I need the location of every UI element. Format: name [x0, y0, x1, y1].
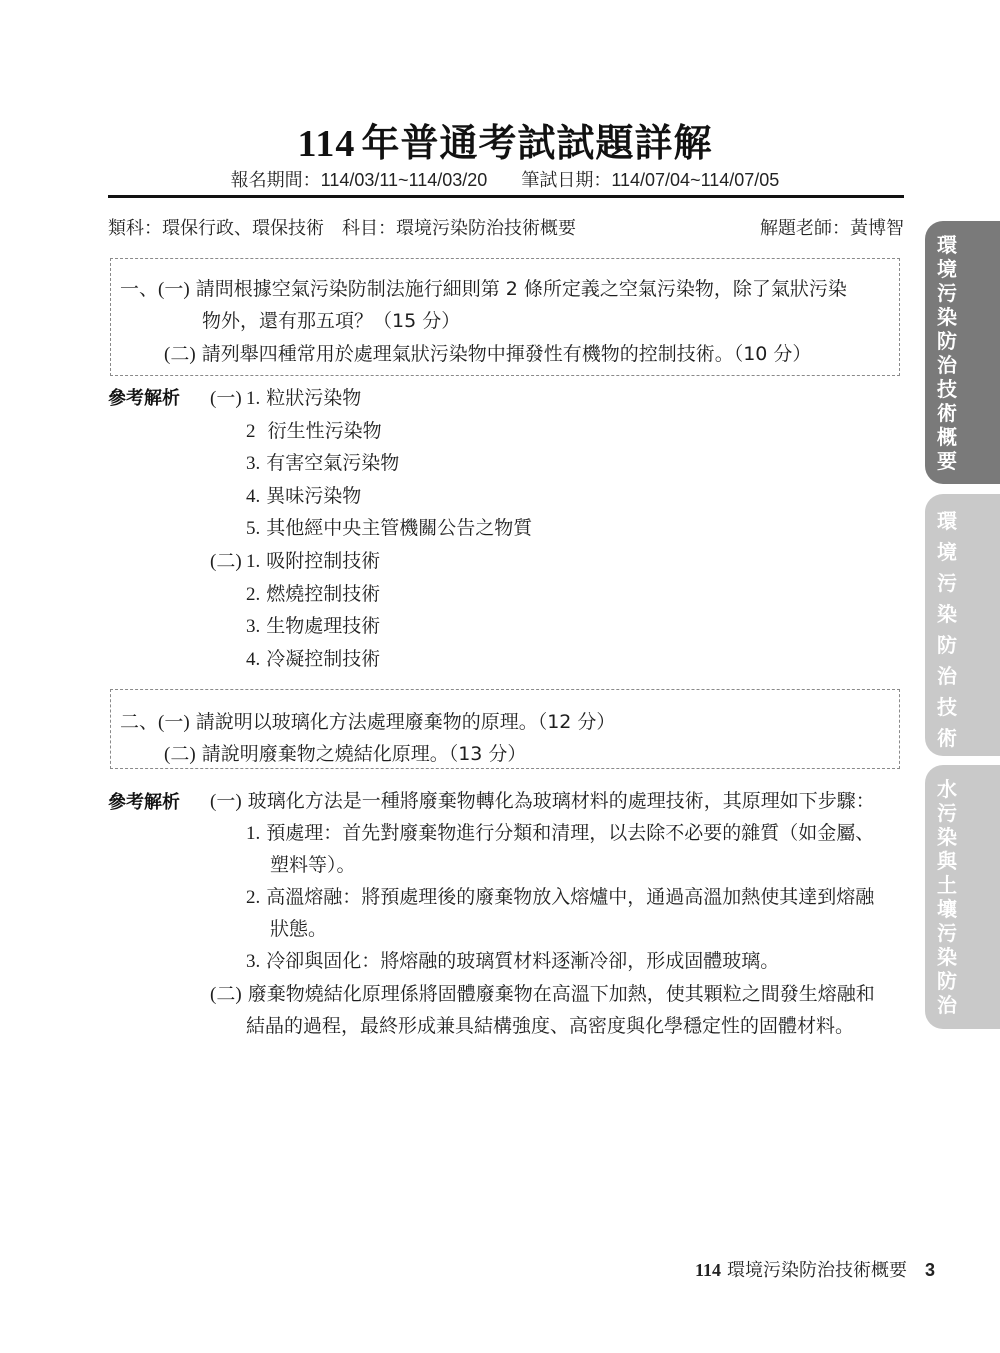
side-tab-char: 防 [937, 630, 957, 661]
side-tab-char: 治 [937, 993, 957, 1017]
side-tab-char: 技 [937, 692, 957, 723]
side-tab-char: 境 [937, 257, 957, 281]
list-item: 4. 異味污染物 [246, 481, 361, 508]
side-tab-char: 染 [937, 599, 957, 630]
side-tab-char: 環 [937, 233, 957, 257]
side-tab-char: 術 [937, 401, 957, 425]
question-number: 二、 [120, 711, 158, 733]
exam-dates-row: 報名期間：114/03/11~114/03/20筆試日期：114/07/04~1… [0, 166, 1000, 192]
reference-answer-label: 參考解析 [108, 384, 180, 410]
side-tab-char: 染 [937, 945, 957, 969]
step-2-line-2: 狀態。 [270, 914, 327, 941]
step-1-line-1: 1. 預處理：首先對廢棄物進行分類和清理，以去除不必要的雜質（如金屬、 [246, 818, 874, 845]
side-tab-char: 壤 [937, 897, 957, 921]
side-tab-environmental-pollution-control-technology[interactable]: 環境污染防治技術 [925, 494, 1000, 756]
title-year: 114 [298, 123, 356, 165]
side-tab-char: 環 [937, 506, 957, 537]
page-footer: 114環境污染防治技術概要3 [0, 1256, 935, 1282]
step-3-line-1: 3. 冷卻與固化：將熔融的玻璃質材料逐漸冷卻，形成固體玻璃。 [246, 946, 779, 973]
question-1-part-1-line-1: 一、(一) 請問根據空氣污染防制法施行細則第 2 條所定義之空氣污染物，除了氣狀… [120, 274, 847, 301]
side-tab-char: 要 [937, 449, 957, 473]
side-tab-water-and-soil-pollution-control[interactable]: 水污染與土壤污染防治 [925, 765, 1000, 1029]
side-tab-char: 防 [937, 329, 957, 353]
category: 類科：環保行政、環保技術 [108, 218, 324, 239]
side-tab-char: 土 [937, 873, 957, 897]
side-tab-char: 水 [937, 777, 957, 801]
question-text: 請列舉四種常用於處理氣狀污染物中揮發性有機物的控制技術。（10 分） [202, 343, 812, 365]
question-text: 請問根據空氣污染防制法施行細則第 2 條所定義之空氣污染物，除了氣狀污染 [196, 278, 847, 300]
instructor: 解題老師：黃博智 [760, 214, 904, 240]
footer-year: 114 [695, 1260, 721, 1280]
answer-2-part-2-line-1: (二) 廢棄物燒結化原理係將固體廢棄物在高溫下加熱，使其顆粒之間發生熔融和 [210, 979, 875, 1006]
side-tab-char: 治 [937, 661, 957, 692]
part-marker: (一) [210, 791, 242, 812]
side-tab-char: 技 [937, 377, 957, 401]
exam-meta-row: 類科：環保行政、環保技術科目：環境污染防治技術概要 解題老師：黃博智 [108, 214, 904, 240]
footer-title: 環境污染防治技術概要 [727, 1260, 907, 1281]
part-marker: (二) [210, 984, 242, 1005]
side-tab-char: 概 [937, 425, 957, 449]
part-marker: (一) [158, 712, 190, 733]
question-1-part-1-line-2: 物外，還有那五項？（15 分） [202, 306, 460, 333]
side-tab-char: 污 [937, 921, 957, 945]
side-tab-char: 防 [937, 969, 957, 993]
list-item: 1. 粒狀污染物 [246, 383, 361, 410]
list-item: 2 衍生性污染物 [246, 416, 382, 443]
question-2-part-2: (二) 請說明廢棄物之燒結化原理。（13 分） [164, 739, 526, 766]
page-number: 3 [925, 1260, 935, 1280]
side-tab-environmental-pollution-control-overview[interactable]: 環境污染防治技術概要 [925, 221, 1000, 484]
side-tab-char: 污 [937, 801, 957, 825]
title-divider [108, 195, 904, 198]
answer-1-part-1-marker: (一) [210, 383, 242, 410]
part-marker: (二) [164, 344, 196, 365]
list-item: 4. 冷凝控制技術 [246, 644, 380, 671]
question-2-part-1: 二、(一) 請說明以玻璃化方法處理廢棄物的原理。（12 分） [120, 707, 615, 734]
side-tab-char: 染 [937, 305, 957, 329]
step-1-line-2: 塑料等）。 [270, 850, 356, 877]
subject: 科目：環境污染防治技術概要 [342, 218, 576, 239]
question-1-part-2: (二) 請列舉四種常用於處理氣狀污染物中揮發性有機物的控制技術。（10 分） [164, 339, 811, 366]
list-item: 2. 燃燒控制技術 [246, 579, 380, 606]
list-item: 1. 吸附控制技術 [246, 546, 380, 573]
question-text: 請說明以玻璃化方法處理廢棄物的原理。（12 分） [196, 711, 616, 733]
part-marker: (二) [164, 744, 196, 765]
list-item: 3. 生物處理技術 [246, 611, 380, 638]
question-text: 請說明廢棄物之燒結化原理。（13 分） [202, 743, 527, 765]
part-marker: (一) [158, 279, 190, 300]
title-text: 年普通考試試題詳解 [361, 121, 712, 165]
answer-2-part-2-line-2: 結晶的過程，最終形成兼具結構強度、高密度與化學穩定性的固體材料。 [246, 1011, 854, 1038]
side-tab-char: 術 [937, 723, 957, 754]
side-tab-char: 境 [937, 537, 957, 568]
exam-dates: 筆試日期：114/07/04~114/07/05 [521, 170, 779, 190]
answer-2-part-1-intro: (一) 玻璃化方法是一種將廢棄物轉化為玻璃材料的處理技術，其原理如下步驟： [210, 786, 875, 813]
list-item: 5. 其他經中央主管機關公告之物質 [246, 513, 532, 540]
registration-period: 報名期間：114/03/11~114/03/20 [231, 170, 488, 190]
side-tab-char: 污 [937, 568, 957, 599]
reference-answer-label: 參考解析 [108, 788, 180, 814]
page-title: 114年普通考試試題詳解 [0, 112, 1000, 167]
side-tab-char: 與 [937, 849, 957, 873]
side-tab-char: 染 [937, 825, 957, 849]
question-number: 一、 [120, 278, 158, 300]
answer-1-part-2-marker: (二) [210, 546, 242, 573]
step-2-line-1: 2. 高溫熔融：將預處理後的廢棄物放入熔爐中，通過高溫加熱使其達到熔融 [246, 882, 874, 909]
side-tab-char: 污 [937, 281, 957, 305]
list-item: 3. 有害空氣污染物 [246, 448, 399, 475]
side-tab-char: 治 [937, 353, 957, 377]
